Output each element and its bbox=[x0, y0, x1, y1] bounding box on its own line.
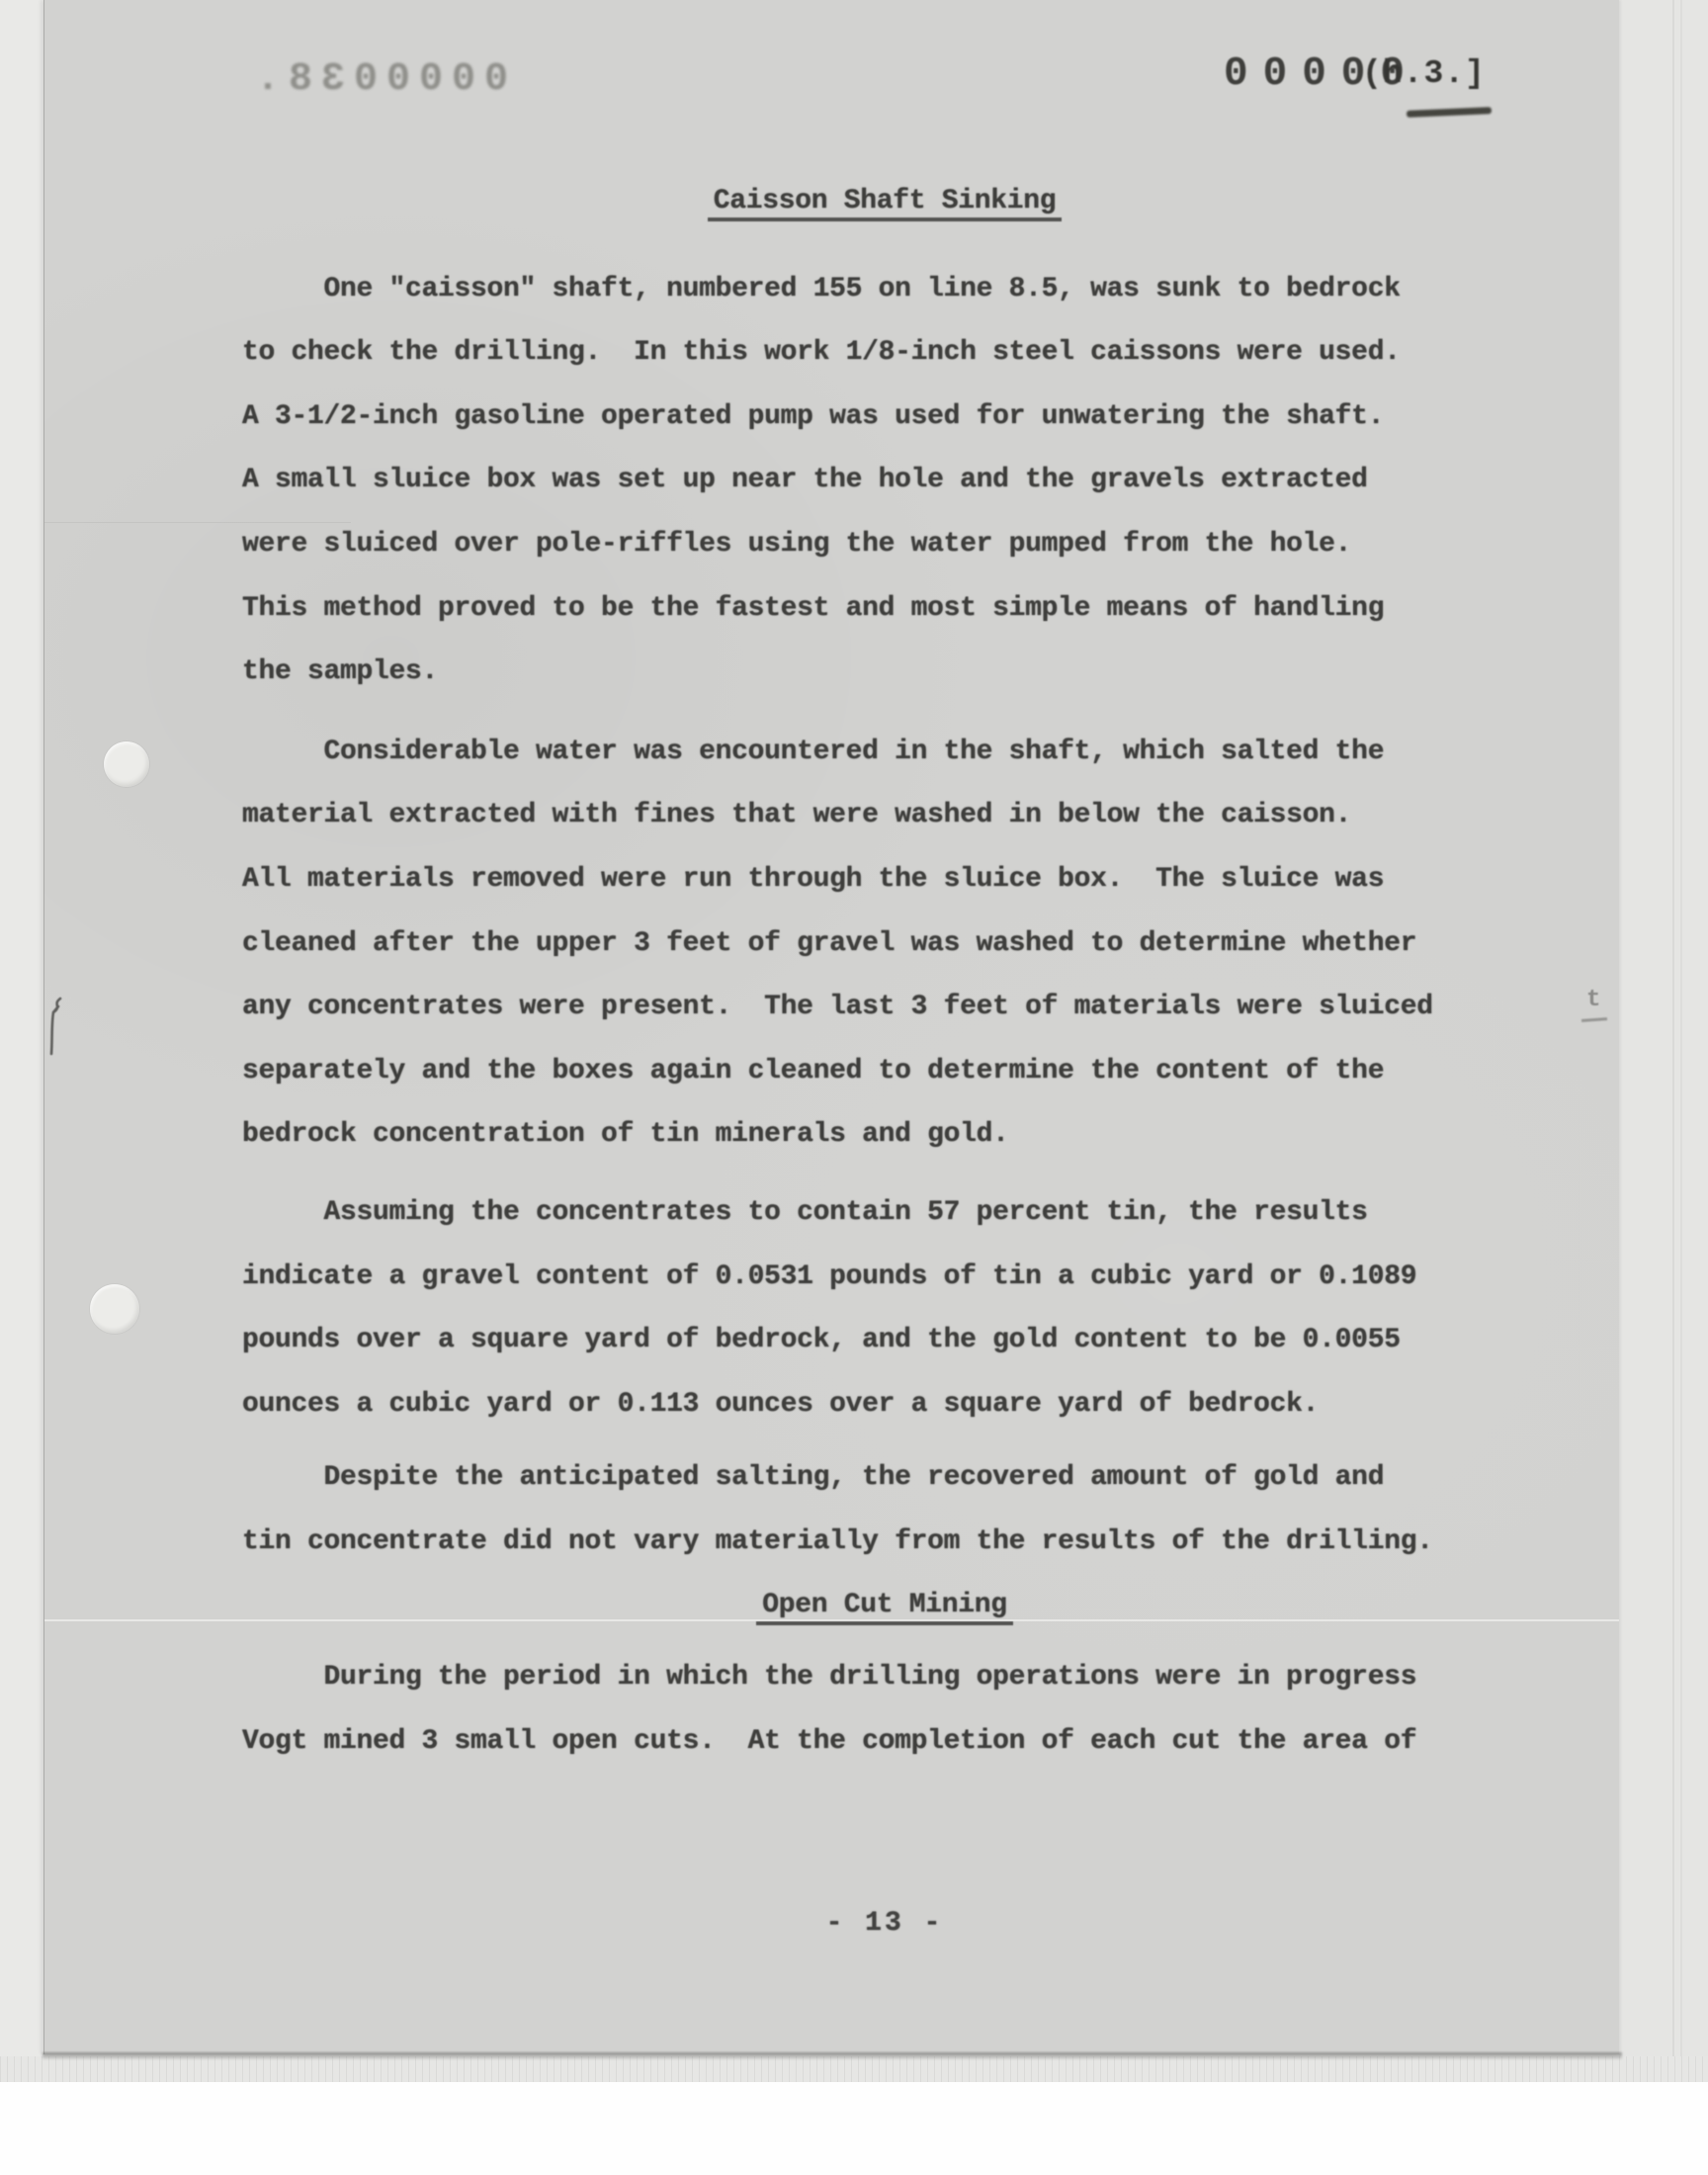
punch-hole-icon bbox=[90, 1284, 139, 1334]
scan-crease-line bbox=[44, 1619, 1619, 1621]
text-line: pounds over a square yard of bedrock, an… bbox=[242, 1309, 1527, 1373]
text-line: A 3-1/2-inch gasoline operated pump was … bbox=[242, 386, 1527, 450]
paragraph: During the period in which the drilling … bbox=[242, 1646, 1527, 1774]
text-line: Vogt mined 3 small open cuts. At the com… bbox=[242, 1710, 1527, 1775]
text-line: Assuming the concentrates to contain 57 … bbox=[242, 1181, 1527, 1246]
section-heading: Open Cut Mining bbox=[242, 1574, 1527, 1638]
text-line: cleaned after the upper 3 feet of gravel… bbox=[242, 913, 1527, 977]
text-line: One "caisson" shaft, numbered 155 on lin… bbox=[242, 258, 1527, 322]
punch-hole-icon bbox=[104, 741, 149, 787]
pencil-mark: t bbox=[1586, 987, 1600, 1013]
text-line: All materials removed were run through t… bbox=[242, 848, 1527, 913]
scan-artifact-line bbox=[44, 522, 351, 523]
text-line: tin concentrate did not vary materially … bbox=[242, 1511, 1527, 1575]
pencil-dash-mark bbox=[1581, 1017, 1607, 1022]
scan-bottom-white-area bbox=[0, 2082, 1708, 2175]
paragraph: Assuming the concentrates to contain 57 … bbox=[242, 1181, 1527, 1436]
document-page: 0000038. 00000(h.3.] Caisson Shaft Sinki… bbox=[44, 0, 1619, 2054]
text-line: any concentrates were present. The last … bbox=[242, 976, 1527, 1040]
text-line: separately and the boxes again cleaned t… bbox=[242, 1040, 1527, 1104]
scanner-background: 0000038. 00000(h.3.] Caisson Shaft Sinki… bbox=[0, 0, 1708, 2175]
paragraph: Despite the anticipated salting, the rec… bbox=[242, 1446, 1527, 1574]
text-column: Caisson Shaft Sinking One "caisson" shaf… bbox=[242, 0, 1527, 1774]
text-line: material extracted with fines that were … bbox=[242, 784, 1527, 848]
text-line: to check the drilling. In this work 1/8-… bbox=[242, 321, 1527, 386]
section-heading: Caisson Shaft Sinking bbox=[242, 170, 1527, 234]
scan-right-margin bbox=[1619, 0, 1708, 2082]
text-line: During the period in which the drilling … bbox=[242, 1646, 1527, 1710]
text-line: the samples. bbox=[242, 641, 1527, 705]
text-line: ounces a cubic yard or 0.113 ounces over… bbox=[242, 1373, 1527, 1437]
section-heading-text: Caisson Shaft Sinking bbox=[708, 186, 1063, 221]
text-line: Considerable water was encountered in th… bbox=[242, 721, 1527, 785]
text-line: bedrock concentration of tin minerals an… bbox=[242, 1103, 1527, 1168]
text-line: Despite the anticipated salting, the rec… bbox=[242, 1446, 1527, 1511]
paragraph: Considerable water was encountered in th… bbox=[242, 721, 1527, 1168]
ink-smudge-mark bbox=[44, 995, 70, 1063]
text-line: were sluiced over pole-riffles using the… bbox=[242, 513, 1527, 577]
text-line: This method proved to be the fastest and… bbox=[242, 577, 1527, 642]
text-line: indicate a gravel content of 0.0531 poun… bbox=[242, 1246, 1527, 1310]
scan-bottom-margin bbox=[0, 2056, 1708, 2082]
scan-streak bbox=[1672, 0, 1674, 2082]
paragraph: One "caisson" shaft, numbered 155 on lin… bbox=[242, 258, 1527, 705]
page-number: - 13 - bbox=[242, 1892, 1527, 1957]
scan-streak bbox=[1680, 0, 1682, 2082]
text-line: A small sluice box was set up near the h… bbox=[242, 449, 1527, 513]
